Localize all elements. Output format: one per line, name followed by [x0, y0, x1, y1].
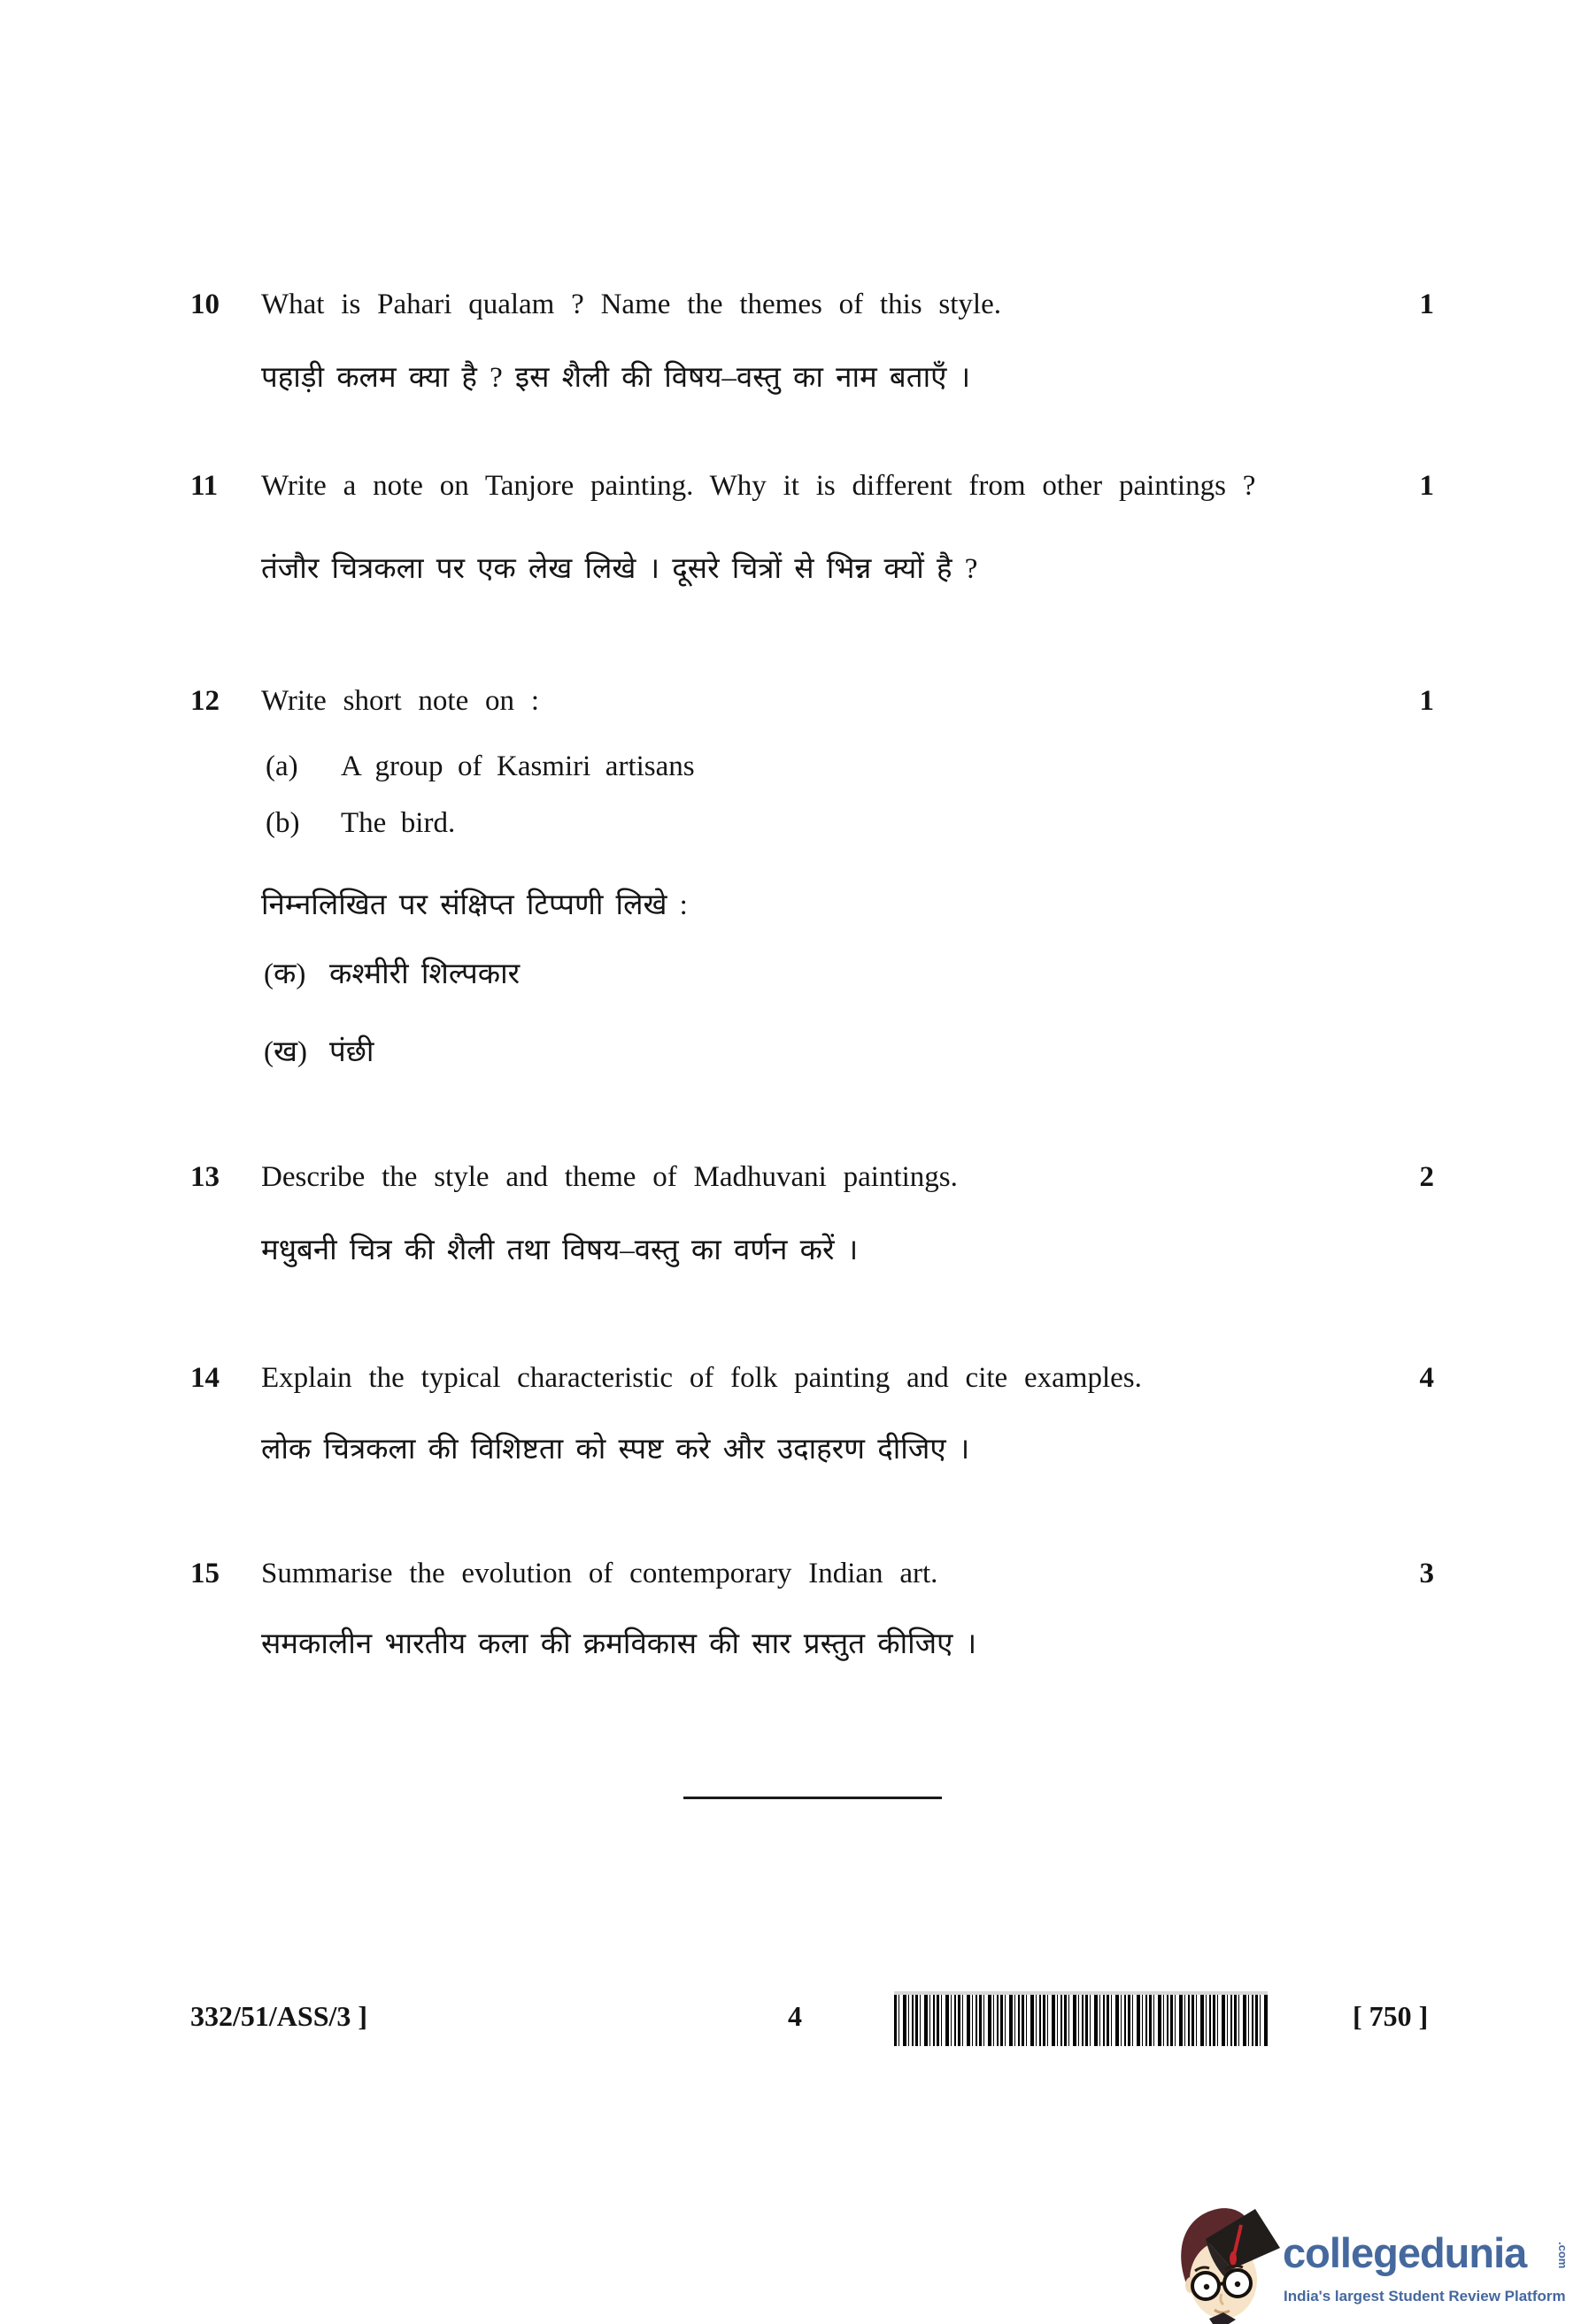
- sub-item-label: (a): [266, 750, 298, 783]
- sub-item-label: (b): [266, 807, 299, 840]
- sub-item-text: The bird.: [341, 807, 455, 840]
- question-marks: 4: [1381, 1362, 1434, 1395]
- footer-page-number: 4: [788, 2000, 802, 2033]
- sub-item-text-hindi: कश्मीरी शिल्पकार: [329, 952, 520, 992]
- question-marks: 3: [1381, 1558, 1434, 1590]
- brand-tagline: India's largest Student Review Platform: [1284, 2288, 1566, 2305]
- barcode: [894, 1991, 1268, 2046]
- question-text-hindi: लोक चित्रकला की विशिष्टता को स्पष्ट करे …: [261, 1427, 969, 1467]
- question-text-english: Write a note on Tanjore painting. Why it…: [261, 470, 1255, 503]
- question-number: 11: [190, 470, 218, 503]
- question-text-hindi: मधुबनी चित्र की शैली तथा विषय–वस्तु का व…: [261, 1228, 858, 1268]
- footer-print-count: [ 750 ]: [1353, 2000, 1428, 2033]
- question-text-hindi: तंजौर चित्रकला पर एक लेख लिखे । दूसरे चि…: [261, 547, 977, 587]
- question-text-english: Summarise the evolution of contemporary …: [261, 1558, 937, 1590]
- question-number: 14: [190, 1362, 220, 1395]
- question-text-hindi-intro: निम्नलिखित पर संक्षिप्त टिप्पणी लिखे :: [261, 883, 688, 923]
- question-marks: 1: [1381, 685, 1434, 718]
- question-text-english: Describe the style and theme of Madhuvan…: [261, 1161, 958, 1194]
- question-text-hindi: पहाड़ी कलम क्या है ? इस शैली की विषय–वस्…: [261, 356, 970, 396]
- question-marks: 1: [1381, 289, 1434, 321]
- brand-tld: .com: [1556, 2242, 1569, 2268]
- question-number: 10: [190, 289, 220, 321]
- student-mascot-icon: [1170, 2195, 1282, 2324]
- question-number: 15: [190, 1558, 220, 1590]
- question-marks: 2: [1381, 1161, 1434, 1194]
- sub-item-text: A group of Kasmiri artisans: [341, 750, 695, 783]
- question-number: 13: [190, 1161, 220, 1194]
- brand-wordmark: collegedunia: [1283, 2228, 1526, 2277]
- sub-item-label-hindi: (क): [264, 952, 305, 992]
- question-paper-page: 10 What is Pahari qualam ? Name the them…: [0, 0, 1581, 2324]
- question-text-english: What is Pahari qualam ? Name the themes …: [261, 289, 1001, 321]
- question-text-hindi: समकालीन भारतीय कला की क्रमविकास की सार प…: [261, 1622, 976, 1662]
- section-divider: [683, 1797, 942, 1799]
- footer-paper-code: 332/51/ASS/3 ]: [190, 2000, 367, 2033]
- sub-item-text-hindi: पंछी: [329, 1030, 374, 1070]
- question-marks: 1: [1381, 470, 1434, 503]
- question-number: 12: [190, 685, 220, 718]
- question-text-english: Explain the typical characteristic of fo…: [261, 1362, 1142, 1395]
- question-text-english: Write short note on :: [261, 685, 539, 718]
- sub-item-label-hindi: (ख): [264, 1030, 307, 1070]
